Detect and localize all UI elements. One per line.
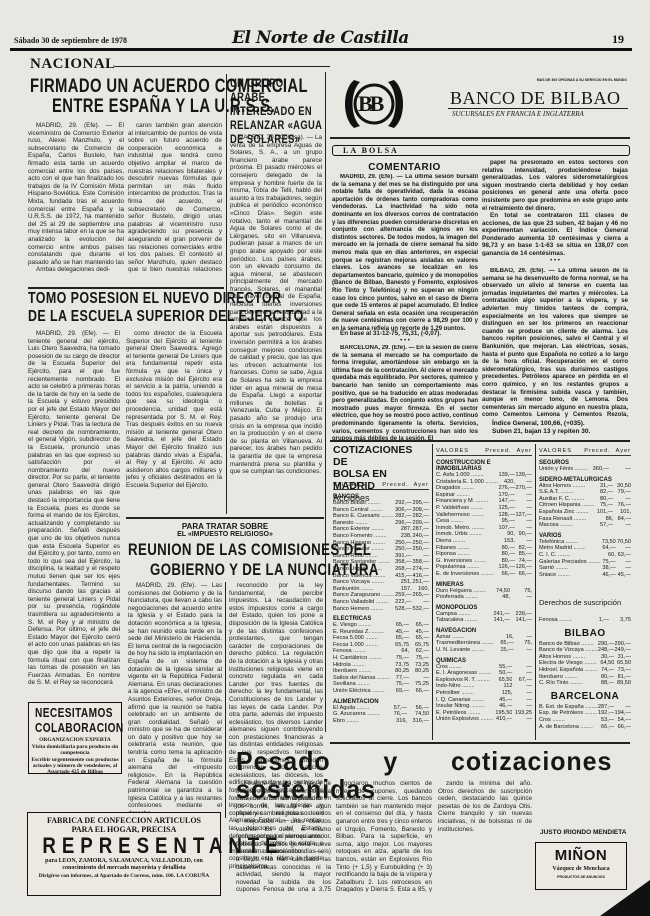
quote-name: Sniace ........: [539, 572, 601, 579]
quote-today: 75,: [510, 588, 532, 595]
quote-name: A. de Barcelona ........: [539, 724, 598, 731]
quote-name: Banco Rural ........: [333, 553, 394, 560]
quote-today: 270,—: [515, 485, 532, 492]
quote-row: Iberduero ........80,2580,25: [333, 668, 429, 675]
quote-previous: 238,: [394, 533, 411, 540]
quote-name: Banco Urquijo ........: [333, 566, 394, 573]
quote-row: Fibanes ........80,—82,—: [436, 545, 532, 552]
quote-previous: 86,: [594, 516, 613, 523]
quote-today: 101,: [613, 509, 631, 516]
comentario-title: COMENTARIO: [332, 162, 477, 173]
quote-previous: 316,: [385, 718, 407, 725]
quote-name: G. Inversiones ........: [436, 558, 498, 565]
quote-today: —: [412, 599, 429, 606]
quote-today: —: [515, 538, 532, 545]
quote-previous: 259,—: [394, 592, 411, 599]
quote-today: 62,—: [409, 648, 429, 655]
quote-previous: 306,—: [394, 507, 411, 514]
bolsa-madrid: MADRID, 29. (Efe). — La última sesión bu…: [332, 174, 478, 330]
quote-previous: 38,—: [601, 565, 616, 572]
quote-row: Inmob. Metro. ........107,——: [436, 525, 532, 532]
quote-name: Cesa ........: [436, 518, 498, 525]
derechos-title: Derechos de suscripción: [539, 598, 631, 607]
quote-name: C. I. C. ........: [539, 552, 601, 559]
quote-name: Altos Hornos ........: [539, 483, 594, 490]
bolsa-col2-top: papel ha presionado en estos sectores co…: [482, 160, 628, 212]
quote-previous: 53,—: [598, 717, 615, 724]
bilbao-quotes-table: Banco de Bilbao ........290,—290,—Banco …: [539, 641, 631, 687]
quote-name: C. Río Tinto ........: [539, 680, 598, 687]
quote-row: Banco Rural ........391,——: [333, 553, 429, 560]
bilbao-index: Índice General, 100,66, (+035).: [492, 420, 585, 427]
quote-row: E. de Inversiones ........66,—66,—: [436, 571, 532, 578]
quote-previous: 101,—: [594, 509, 613, 516]
quote-table: C. Asfa 1.000 ........139,—139,—Cristale…: [436, 472, 532, 578]
quote-row: Indo-Nitro ........112—: [436, 683, 532, 690]
article-ejercito-col1: MADRID, 29. (Efe). — El teniente general…: [28, 330, 120, 694]
quote-row: Sniace ........46,—45,—: [539, 572, 631, 579]
quote-row: Española Zinc ........101,—101,: [539, 509, 631, 516]
quote-previous: 80,—: [498, 551, 515, 558]
quote-today: 251,—: [412, 579, 429, 586]
quote-today: 358,—: [412, 559, 429, 566]
quote-previous: 73,50: [601, 539, 616, 546]
quote-previous: 64,: [389, 648, 409, 655]
quote-today: 65,75: [409, 642, 429, 649]
quote-name: Banco Vizcaya ........: [333, 579, 394, 586]
kicker-nunciatura-1: PARA TRATAR SOBRE: [126, 522, 324, 531]
quote-row: E. Viesgo ........65,—65,—: [333, 622, 429, 629]
quote-today: —: [510, 594, 532, 601]
quote-today: 274,—: [412, 566, 429, 573]
quote-today: 416,—: [412, 573, 429, 580]
column-divider: [225, 582, 226, 818]
quote-previous: 30,—: [598, 654, 615, 661]
quote-row: Insular Nitrog. ........46,——: [436, 703, 532, 710]
quote-name: Bankunión ........: [333, 586, 394, 593]
quote-name: Fecsa 5.000 ........: [333, 635, 389, 642]
quote-previous: 64,50: [598, 660, 615, 667]
separator-stars: • • •: [482, 258, 628, 264]
quote-name: Fenosa ........: [333, 648, 389, 655]
quote-name: Banco de Vizcaya ........: [539, 647, 598, 654]
ad-colaboracion-line-2: Visita domiciliaria para producto sin co…: [29, 744, 121, 756]
quote-previous: 74,50: [488, 588, 510, 595]
quotes-column-a: VALORESPreced. AyerBANCOSBanco Bilbao ..…: [333, 482, 429, 724]
quote-name: E. Reunidas Z. ........: [333, 629, 389, 636]
bilbao-quotes-title: BILBAO: [539, 628, 631, 639]
article-text: MADRID, 29. (Efe). — Las comisiones del …: [128, 582, 222, 817]
quote-previous: 420,: [498, 479, 515, 486]
quote-row: Electra de Viesgo ........64,5065,50: [539, 660, 631, 667]
quote-row: Banco de Bilbao ........290,—290,—: [539, 641, 631, 648]
quote-name: G. Azucarera ........: [333, 711, 385, 718]
barcelona-quotes-table: B. Ext. de España ........287,——Esp. de …: [539, 704, 631, 730]
quote-name: Banco Hispano ........: [333, 540, 394, 547]
quote-row: A. de Barcelona ........66,—66,—: [539, 724, 631, 731]
quote-row: Banco Herrero ........528,—532,—: [333, 606, 429, 613]
quote-row: Fecsa 1.000 ........65,7565,75: [333, 642, 429, 649]
quote-name: El Águila ........: [333, 705, 385, 712]
quote-today: 308,—: [412, 507, 429, 514]
quote-today: 66,—: [515, 571, 532, 578]
quote-previous: 45,—: [389, 629, 409, 636]
quote-row: Aznar ........16,—: [436, 634, 532, 641]
quote-row: E. Petróleos ........195,50193,25: [436, 710, 532, 717]
quote-name: Altos Hornos ........: [539, 654, 598, 661]
quote-name: Unión Explosivos ........: [436, 716, 493, 723]
article-text: En total se contrataron 111 clases de ac…: [482, 212, 628, 256]
quote-name: Esp. de Petróleos ........: [539, 710, 598, 717]
quote-name: Iberduero ........: [333, 668, 389, 675]
quote-table: Telefónica ........73,5070,50Metro Madri…: [539, 539, 631, 579]
quote-name: Fiponsa ........: [436, 551, 498, 558]
article-urss-col1: MADRID, 29. (Efe). — El viceministro de …: [28, 122, 124, 266]
quote-name: Banco Bilbao ........: [333, 500, 394, 507]
quote-row: Tabacalera ........141,—141,—: [436, 617, 532, 624]
quote-today: —: [515, 518, 532, 525]
quote-name: Auxiliar F. C. ........: [539, 496, 594, 503]
quote-row: G. Azucarera ........76,—74,50: [333, 711, 429, 718]
quote-name: Telefónica ........: [539, 539, 601, 546]
quotes-column-b: VALORESPreced. AyerCONSTRUCCION E INMOBI…: [436, 448, 532, 723]
article-text: papel ha presionado en estos sectores co…: [482, 160, 628, 212]
quote-previous: 107,—: [498, 525, 515, 532]
ad-representante-title: REPRESENTANTE: [42, 834, 205, 858]
article-text: MADRID, 29. (Efe). — El viceministro de …: [28, 122, 124, 266]
quote-today: 90,—: [515, 531, 532, 538]
quote-today: —: [514, 647, 532, 654]
quote-name: Fenosa ........: [539, 617, 587, 624]
quote-name: Cristalería E. 1.000 ........: [436, 479, 498, 486]
quote-row: U. N. Levante ........15,——: [436, 647, 532, 654]
quote-today: —: [616, 545, 631, 552]
quote-row: I. Q. Canarias ........45,——: [436, 697, 532, 704]
article-ejercito-col2: como director de la Escuela Superior del…: [126, 330, 222, 514]
quote-previous: 296,—: [394, 520, 411, 527]
bolsa-col2-total: En total se contrataron 111 clases de ac…: [482, 212, 628, 256]
quote-previous: 391,—: [394, 553, 411, 560]
quote-today: 126,—: [515, 564, 532, 571]
quote-row: Unión Eléctrica ........69,—66,—: [333, 688, 429, 695]
quote-previous: 170,—: [498, 492, 515, 499]
quote-name: Fasa Renault ........: [539, 516, 594, 523]
quote-today: 75,—: [409, 655, 429, 662]
quote-name: Ponferrada ........: [436, 594, 488, 601]
quote-row: Galerías Preciados ........75,——: [539, 559, 631, 566]
quote-previous: 16,: [494, 634, 514, 641]
quote-previous: 76,—: [385, 711, 407, 718]
quote-previous: 1,—: [587, 617, 609, 624]
quote-previous: 73,75: [389, 662, 409, 669]
quote-row: Banco Vizcaya ........251,251,—: [333, 579, 429, 586]
quote-previous: 65,50: [493, 677, 513, 684]
quote-today: —: [515, 525, 532, 532]
quote-previous: 66,—: [598, 724, 615, 731]
quote-row: Vallehermoso ........128,—127,—: [436, 512, 532, 519]
quote-today: —: [512, 683, 532, 690]
quote-previous: 64,—: [601, 545, 616, 552]
quote-row: Banco Central ........306,—308,—: [333, 507, 429, 514]
quote-name: Fecsa 1.000 ........: [333, 642, 389, 649]
quote-row: Altos Hornos ........31,—30,50: [539, 483, 631, 490]
quote-row: B. Ext. de España ........287,——: [539, 704, 631, 711]
column-divider: [535, 444, 536, 740]
quote-previous: 126,—: [498, 564, 515, 571]
quote-previous: 65,—: [389, 635, 409, 642]
quote-today: 65,—: [409, 635, 429, 642]
quote-row: Cristalería E. 1.000 ........420,—: [436, 479, 532, 486]
quote-name: Banco Valencia ........: [333, 573, 394, 580]
quote-today: 63,—: [616, 552, 631, 559]
quote-previous: 139,—: [498, 472, 515, 479]
quote-table: Banco Bilbao ........292,—295,—Banco Cen…: [333, 500, 429, 612]
ad-colaboracion: NECESITAMOS COLABORACION ORGANIZACION EX…: [28, 702, 122, 774]
ad-colaboracion-line-1: ORGANIZACION EXPERTA: [29, 737, 121, 743]
quote-today: —: [512, 716, 532, 723]
quote-previous: 250,—: [394, 546, 411, 553]
column-divider: [325, 72, 326, 732]
quote-name: Banco Fomento ........: [333, 533, 394, 540]
quote-row: Unión y Fénix ........360,——: [539, 466, 631, 473]
quote-today: —: [515, 498, 532, 505]
quote-today: 299,—: [412, 520, 429, 527]
quote-today: 30,50: [613, 483, 631, 490]
quote-name: S.E.A.T. ........: [539, 489, 594, 496]
quote-row: Banco E. Cuesario ........282,—282,—: [333, 513, 429, 520]
quote-row: E. I. Aragonesas ........50,——: [436, 670, 532, 677]
quote-previous: 90,: [498, 531, 515, 538]
article-rule: [126, 517, 324, 519]
quote-previous: 77,—: [389, 675, 409, 682]
quote-row: Telefónica ........73,5070,50: [539, 539, 631, 546]
quote-row: Macosa ........57,——: [539, 522, 631, 529]
quote-today: 295,—: [412, 500, 429, 507]
quote-row: Explosivos R. T. ........65,5067,—: [436, 677, 532, 684]
quote-name: E. de Inversiones ........: [436, 571, 498, 578]
quote-previous: 128,—: [498, 512, 515, 519]
quote-today: —: [512, 697, 532, 704]
quote-name: Tabacalera ........: [436, 617, 488, 624]
quote-name: Banco Exterior ........: [333, 526, 394, 533]
quote-name: Dierra ........: [436, 538, 498, 545]
quote-today: 73,—: [614, 667, 631, 674]
quote-row: Bankunión ........157,160,: [333, 586, 429, 593]
quote-today: 84,—: [613, 516, 631, 523]
quote-row: Ponferrada ........48,—: [436, 594, 532, 601]
quote-table: El Águila ........57,—56,—G. Azucarera .…: [333, 705, 429, 725]
quote-today: 45,—: [616, 572, 631, 579]
quote-today: 287,—: [412, 526, 429, 533]
quote-today: 75,: [514, 640, 532, 647]
pesado-col3: zando la mínima del año. Otros derechos …: [438, 780, 532, 846]
quote-today: 139,—: [515, 472, 532, 479]
quotes-column-header: VALORESPreced. Ayer: [436, 448, 532, 456]
quote-row: Banco Urquijo ........268,—274,—: [333, 566, 429, 573]
quote-previous: 80,25: [389, 668, 409, 675]
quote-today: 73,25: [409, 662, 429, 669]
quote-today: —: [512, 664, 532, 671]
header-rule: [10, 48, 632, 51]
quote-table: Aznar ........16,—Trasmediterránea .....…: [436, 634, 532, 654]
quote-row: Petroliber ........125,—: [436, 690, 532, 697]
page-number: 19: [612, 32, 624, 47]
bolsa-bilbao: BILBAO, 29. (Efe). — La última sesión de…: [482, 268, 628, 420]
quote-today: 82,—: [515, 545, 532, 552]
la-bolsa-label: LA BOLSA: [343, 146, 399, 155]
quote-name: E. Petróleos ........: [436, 710, 493, 717]
quote-name: Hidroel. Española ........: [539, 667, 598, 674]
bb-logo-text: BB: [358, 91, 381, 117]
quote-today: —: [409, 675, 429, 682]
quote-row: Popularinsa ........126,—126,—: [436, 564, 532, 571]
quote-previous: 48,: [488, 594, 510, 601]
quote-row: Metro Madrid ........64,——: [539, 545, 631, 552]
quote-name: C. Asfa 1.000 ........: [436, 472, 498, 479]
quote-today: —: [613, 522, 631, 529]
quote-previous: 287,—: [598, 704, 615, 711]
quote-today: 66,—: [409, 688, 429, 695]
quote-name: Trasmediterránea ........: [436, 640, 494, 647]
derechos-table: Fenosa ........1,—3,75: [539, 617, 631, 624]
quote-today: —: [512, 670, 532, 677]
quote-name: Banco Popular ........: [333, 546, 394, 553]
quote-previous: 31,—: [594, 483, 613, 490]
quote-previous: 248,—: [598, 647, 615, 654]
quote-name: Electra de Viesgo ........: [539, 660, 598, 667]
quote-row: Cros ........53,—54,—: [539, 717, 631, 724]
quote-previous: 268,—: [394, 566, 411, 573]
quote-previous: 50,—: [493, 670, 513, 677]
quote-row: Banco Bilbao ........292,—295,—: [333, 500, 429, 507]
quote-today: —: [515, 492, 532, 499]
quote-row: Fasa Renault ........86,84,—: [539, 516, 631, 523]
quote-previous: 55,—: [493, 664, 513, 671]
quote-row: Fenosa ........1,—3,75: [539, 617, 631, 624]
quote-previous: 80,—: [598, 674, 615, 681]
quotes-title-1: COTIZACIONES DE: [333, 444, 429, 468]
article-nunciatura-col1: MADRID, 29. (Efe). — Las comisiones del …: [128, 582, 222, 818]
quote-previous: 276,—: [498, 485, 515, 492]
headline-ejercito-1: TOMO POSESION EL NUEVO DIRECTOR: [28, 290, 281, 308]
quote-name: Aznar ........: [436, 634, 494, 641]
kicker-nunciatura-2: EL «IMPUESTO RELIGIOSO»: [126, 531, 324, 538]
quote-name: Unión Eléctrica ........: [333, 688, 389, 695]
quote-today: 56,—: [407, 705, 429, 712]
quote-name: Galerías Preciados ........: [539, 559, 601, 566]
quote-previous: 125,—: [498, 505, 515, 512]
quote-name: Banco Valladolid ........: [333, 599, 394, 606]
quote-row: Ebro ........316,316,—: [333, 718, 429, 725]
article-text: como director de la Escuela Superior del…: [126, 330, 222, 489]
article-text: Ambas delegaciones dedi-: [28, 266, 124, 274]
quote-row: Cesa ........95,——: [436, 518, 532, 525]
quote-name: P. Valdeiñvas ........: [436, 505, 498, 512]
quote-today: —: [613, 496, 631, 503]
quote-name: Española Zinc ........: [539, 509, 594, 516]
quote-row: Dierra ........153,—: [436, 538, 532, 545]
quote-previous: 153,: [498, 538, 515, 545]
quote-previous: 69,—: [389, 688, 409, 695]
quote-today: —: [512, 703, 532, 710]
quote-row: Financiera y M. ........147,——: [436, 498, 532, 505]
article-text: MADRID, 29. (Efe). — El teniente general…: [28, 330, 120, 687]
quote-today: 316,—: [407, 718, 429, 725]
quote-today: 265,—: [412, 592, 429, 599]
quote-today: 240,—: [412, 533, 429, 540]
quote-previous: 141,—: [488, 617, 510, 624]
quote-name: Duro Felguera ........: [436, 588, 488, 595]
quote-today: 31,—: [614, 654, 631, 661]
bolsa-barcelona: BARCELONA, 29. (Efe). — En la sesión de …: [332, 345, 478, 441]
quote-previous: 358,—: [394, 559, 411, 566]
ad-colaboracion-line-3: Escribir urgentemente con productos actu…: [29, 757, 121, 775]
quote-name: Fibanes ........: [436, 545, 498, 552]
quote-row: C. I. C. ........60,63,—: [539, 552, 631, 559]
quote-name: Metro Madrid ........: [539, 545, 601, 552]
quote-name: Macosa ........: [539, 522, 594, 529]
quote-name: Banco Zaragozano ........: [333, 592, 394, 599]
quote-name: Petroliber ........: [436, 690, 493, 697]
quote-previous: 65,—: [389, 622, 409, 629]
article-text: MADRID, 29. (Efe). — La última sesión bu…: [332, 174, 478, 330]
quote-previous: 290,—: [598, 641, 615, 648]
ad-rule: [448, 108, 628, 109]
quote-previous: 45,—: [493, 697, 513, 704]
quote-previous: 46,—: [601, 572, 616, 579]
banco-bilbao-logo: BB: [340, 76, 408, 132]
quote-previous: 251,: [394, 579, 411, 586]
quote-today: —: [614, 704, 631, 711]
banco-bilbao-name: BANCO DE BILBAO: [450, 88, 621, 109]
quote-today: 66,—: [614, 724, 631, 731]
quote-row: Banco de Vizcaya ........248,—249,—: [539, 647, 631, 654]
ad-representante-line-1: FABRICA DE CONFECCION ARTICULOS: [28, 816, 220, 825]
quote-previous: 82,—: [594, 489, 613, 496]
quote-row: H. Cantábrico ........75,—75,—: [333, 655, 429, 662]
quote-previous: 195,50: [493, 710, 513, 717]
quote-previous: 157,: [394, 586, 411, 593]
quote-today: 54,—: [614, 717, 631, 724]
quote-row: Campsa ........241,—239,—: [436, 611, 532, 618]
quote-today: —: [609, 466, 631, 473]
quote-previous: 222,—: [394, 599, 411, 606]
quote-previous: 250,—: [394, 540, 411, 547]
quote-row: Banco Valladolid ........222,——: [333, 599, 429, 606]
quote-row: E. Reunidas Z. ........45,—45,—: [333, 629, 429, 636]
quote-row: Banco Fomento ........238,240,—: [333, 533, 429, 540]
quote-today: 193,25: [512, 710, 532, 717]
article-text: En base al 31-12-75, 75,31, (-0,07).: [332, 330, 478, 338]
quote-previous: 360,—: [587, 466, 609, 473]
quote-name: Espinar ........: [436, 492, 498, 499]
quote-name: Saltos del Nansa ........: [333, 675, 389, 682]
quote-row: Espinar ........170,——: [436, 492, 532, 499]
quote-previous: 57,—: [385, 705, 407, 712]
quote-name: Citroen Hispania ........: [539, 502, 594, 509]
quote-name: Dragados ........: [436, 485, 498, 492]
quote-today: 81,—: [614, 674, 631, 681]
quote-previous: 75,—: [601, 559, 616, 566]
quote-table: Duro Felguera ........74,5075,Ponferrada…: [436, 588, 532, 601]
quote-today: —: [515, 479, 532, 486]
barcelona-quotes-title: BARCELONA: [539, 691, 631, 702]
section-title: NACIONAL: [30, 56, 116, 73]
quote-row: Banco Zaragozano ........259,—265,—: [333, 592, 429, 599]
quote-today: 250,—: [412, 546, 429, 553]
quote-today: 45,—: [409, 629, 429, 636]
quote-row: Duro Felguera ........74,5075,: [436, 588, 532, 595]
